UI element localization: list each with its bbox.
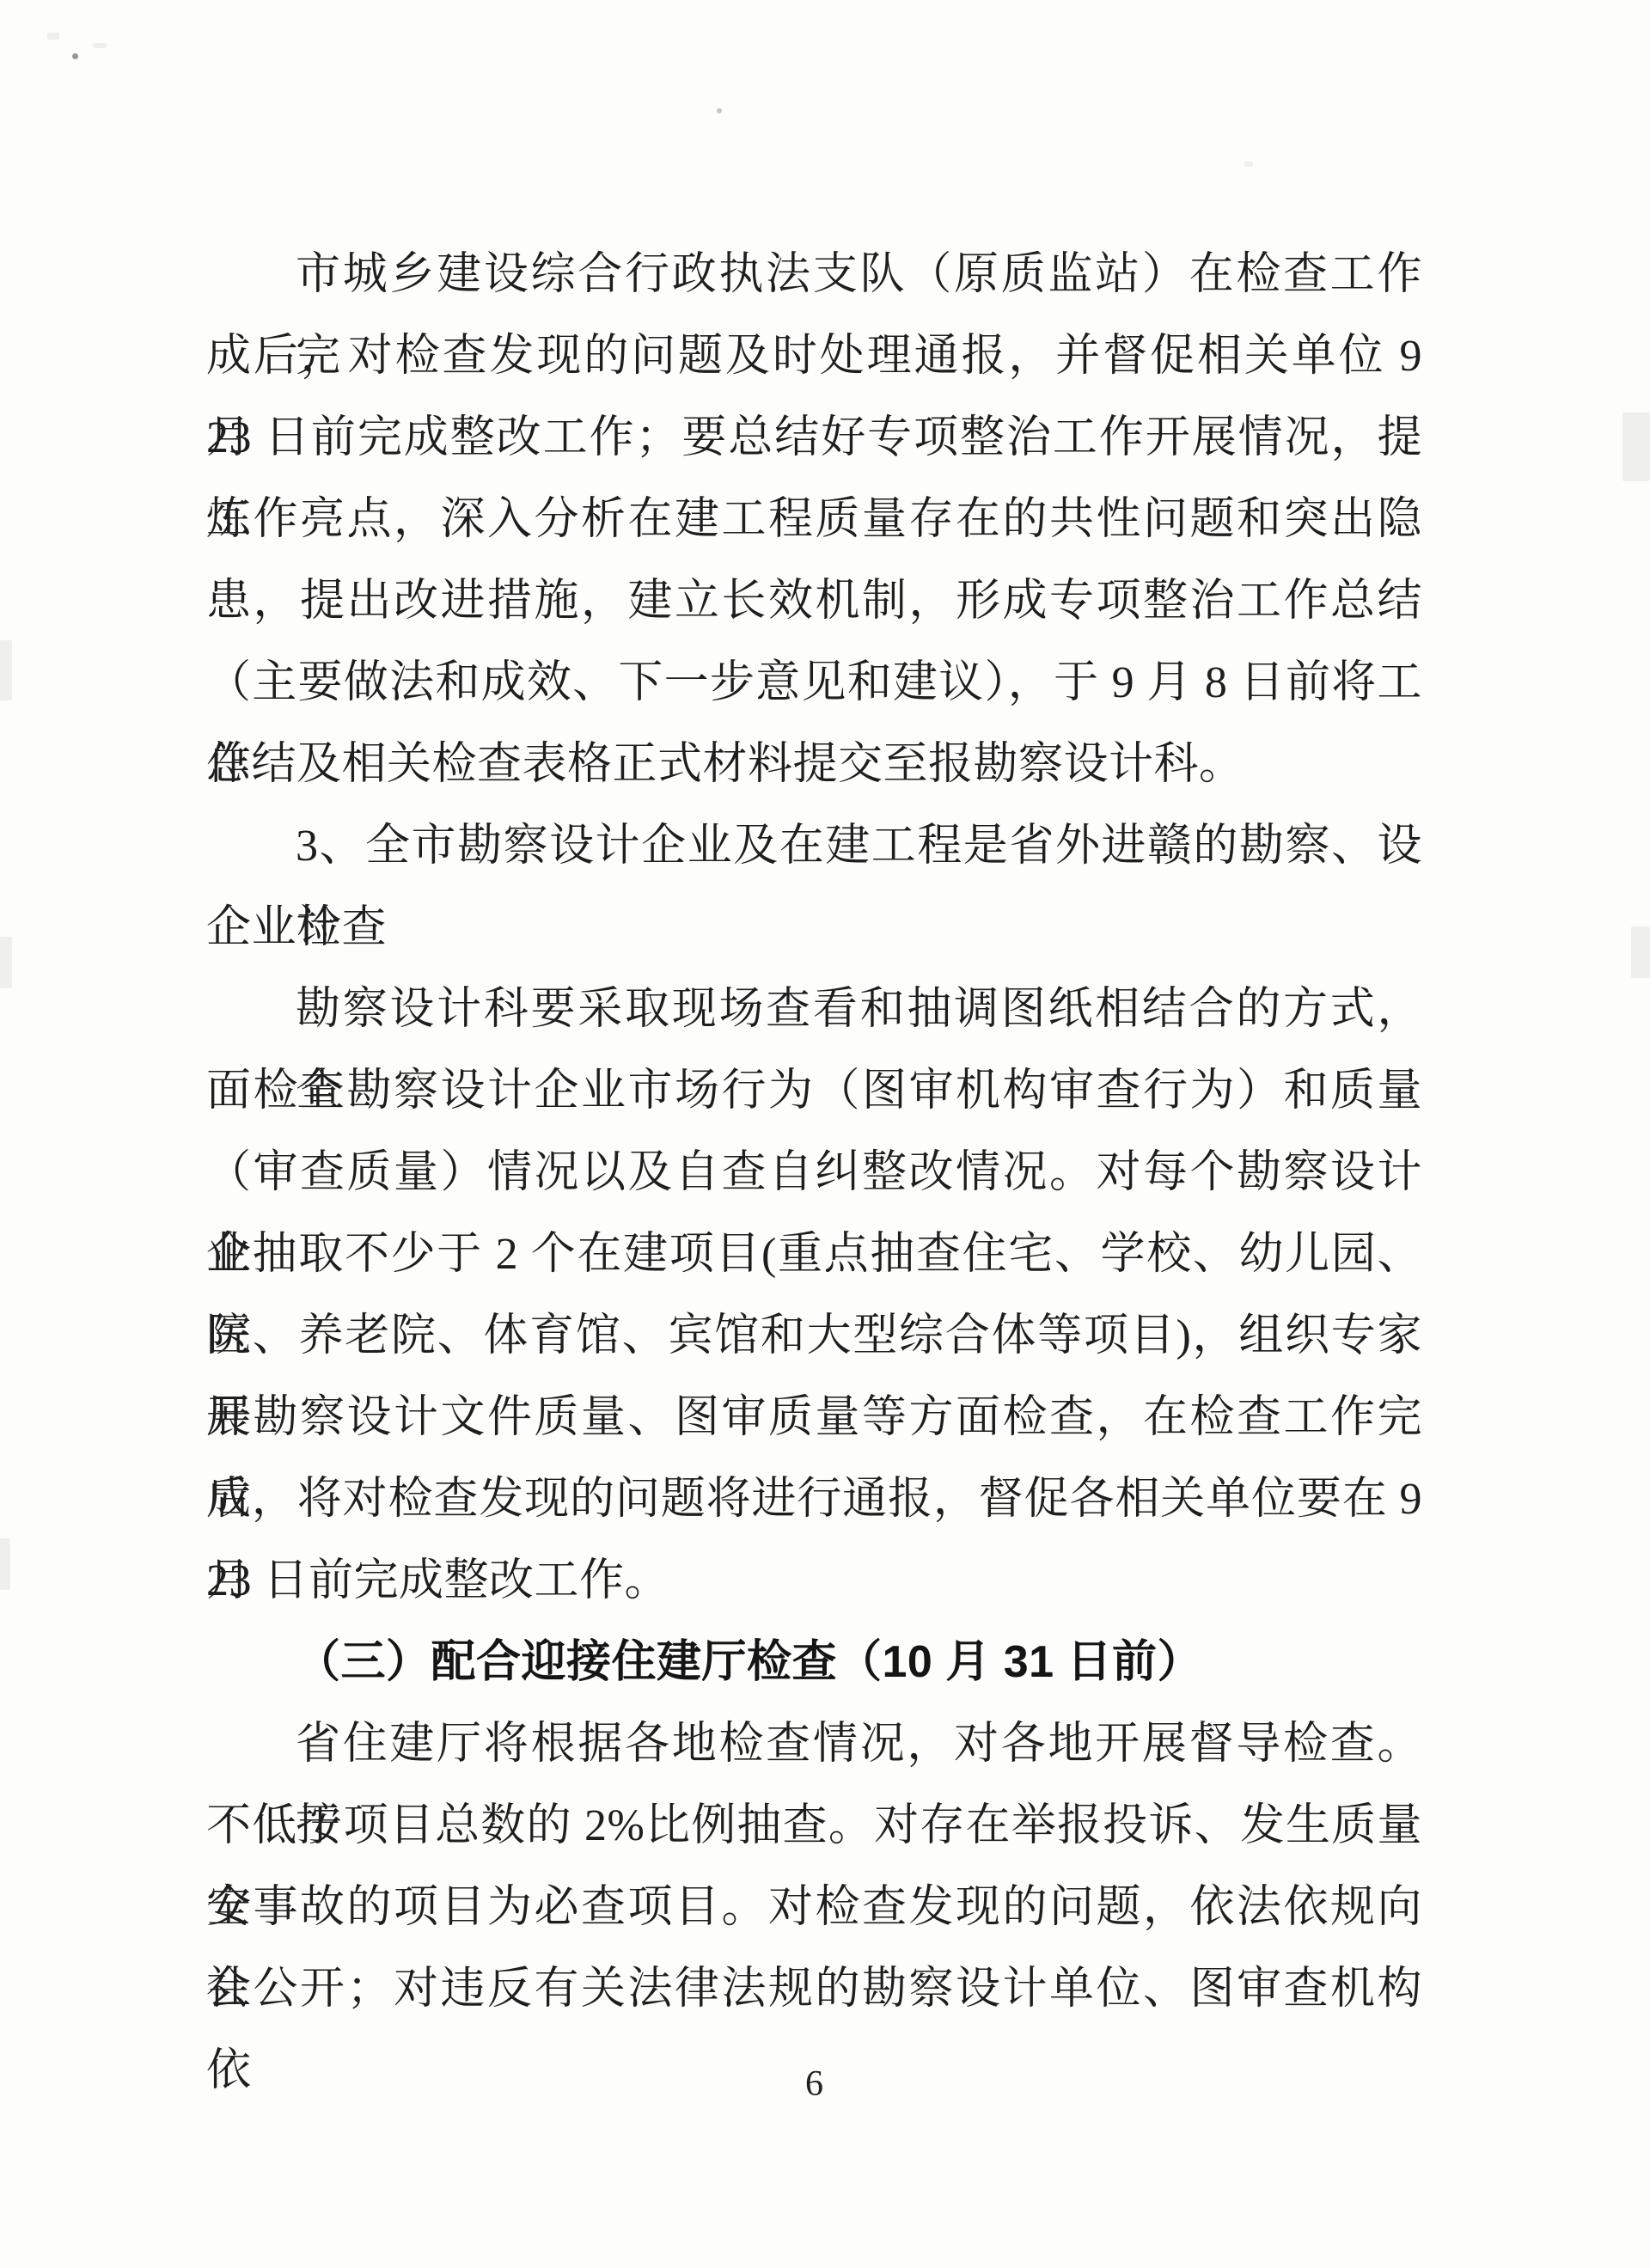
text-line: 后，将对检查发现的问题将进行通报，督促各相关单位要在 9 月 — [206, 1458, 1422, 1540]
text-line: 面检查勘察设计企业市场行为（图审机构审查行为）和质量 — [206, 1050, 1422, 1132]
text-line: （审查质量）情况以及自查自纠整改情况。对每个勘察设计企 — [206, 1132, 1422, 1213]
text-line: 患，提出改进措施，建立长效机制，形成专项整治工作总结 — [206, 560, 1422, 642]
scan-artifact — [47, 33, 59, 40]
text-line: 全事故的项目为必查项目。对检查发现的问题，依法依规向社 — [206, 1867, 1422, 1948]
text-line: 成后，对检查发现的问题及时处理通报，并督促相关单位 9 月 — [206, 315, 1422, 397]
text-line: 3、全市勘察设计企业及在建工程是省外进赣的勘察、设计 — [206, 805, 1422, 887]
text-line: 市城乡建设综合行政执法支队（原质监站）在检查工作完 — [206, 234, 1422, 315]
scan-artifact — [93, 43, 107, 48]
text-line: 勘察设计科要采取现场查看和抽调图纸相结合的方式，全 — [206, 969, 1422, 1050]
section-heading: （三）配合迎接住建厅检查（10 月 31 日前） — [206, 1622, 1422, 1703]
text-line: 企业检查 — [206, 887, 1422, 969]
scan-artifact — [0, 640, 12, 700]
text-line: 23 日前完成整改工作。 — [206, 1540, 1422, 1622]
text-line: 业抽取不少于 2 个在建项目(重点抽查住宅、学校、幼儿园、医 — [206, 1213, 1422, 1295]
scan-artifact — [717, 108, 722, 113]
text-line: 展勘察设计文件质量、图审质量等方面检查，在检查工作完成 — [206, 1377, 1422, 1458]
scan-artifact — [1631, 926, 1650, 978]
text-line: 23 日前完成整改工作；要总结好专项整治工作开展情况，提炼 — [206, 397, 1422, 479]
scan-artifact — [0, 937, 12, 988]
scan-artifact — [1244, 162, 1253, 167]
text-line: 院、养老院、体育馆、宾馆和大型综合体等项目)，组织专家开 — [206, 1295, 1422, 1377]
text-line: 工作亮点，深入分析在建工程质量存在的共性问题和突出隐 — [206, 479, 1422, 560]
scan-artifact — [0, 1538, 10, 1590]
scan-artifact — [1622, 413, 1650, 481]
document-page: 市城乡建设综合行政执法支队（原质监站）在检查工作完 成后，对检查发现的问题及时处… — [0, 0, 1650, 2268]
text-line: 省住建厅将根据各地检查情况，对各地开展督导检查。按 — [206, 1703, 1422, 1785]
document-body: 市城乡建设综合行政执法支队（原质监站）在检查工作完 成后，对检查发现的问题及时处… — [206, 234, 1422, 2030]
scan-artifact — [72, 53, 78, 59]
text-line: （主要做法和成效、下一步意见和建议），于 9 月 8 日前将工作 — [206, 642, 1422, 724]
text-line: 不低于项目总数的 2%比例抽查。对存在举报投诉、发生质量安 — [206, 1785, 1422, 1867]
text-line: 总结及相关检查表格正式材料提交至报勘察设计科。 — [206, 724, 1422, 805]
page-number: 6 — [206, 2054, 1422, 2114]
text-line: 会公开；对违反有关法律法规的勘察设计单位、图审查机构依 — [206, 1948, 1422, 2030]
